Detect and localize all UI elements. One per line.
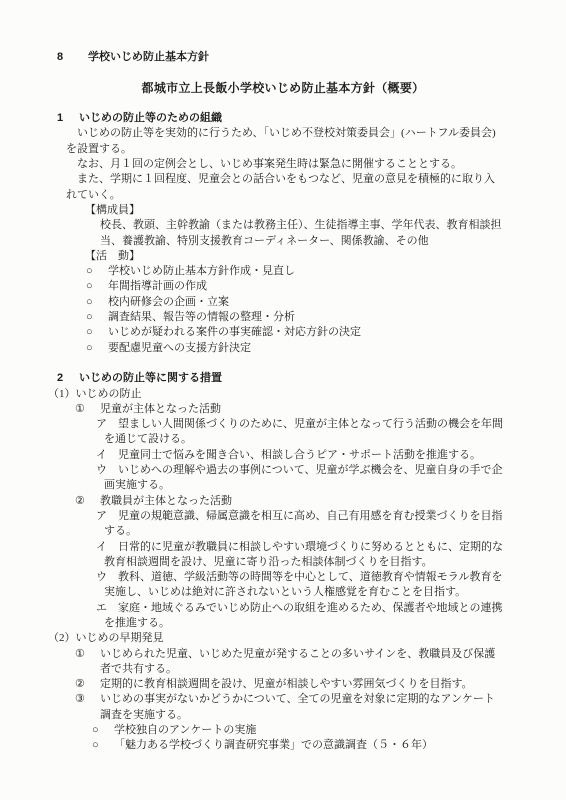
circled-3-marker: ③ (75, 692, 100, 707)
circled-2-marker: ② (75, 494, 100, 509)
measure-item-text: 望ましい人間関係づくりのために、児童が主体となって行う活動の機会を年間 を通じて… (104, 418, 503, 445)
group-2-title: ②教職員が主体となった活動 (75, 494, 526, 509)
document-page: 8学校いじめ防止基本方針 都城市立上長飯小学校いじめ防止基本方針（概要） 1いじ… (0, 0, 566, 800)
measure-item: ウ教科、道徳、学級活動等の時間等を中心として、道徳教育や情報モラル教育を 実施し… (96, 570, 528, 601)
blank-line (0, 356, 566, 371)
measure-item: イ日常的に児童が教職員に相談しやすい環境づくりに努めるとともに、定期的な 教育相… (96, 540, 528, 571)
circle-bullet-icon: ○ (92, 723, 114, 738)
circled-1-marker: ① (75, 647, 100, 662)
measure-item: エ家庭・地域ぐるみでいじめ防止への取組を進めるため、保護者や地域との連携 を推進… (96, 601, 528, 632)
activity-item: ○学校いじめ防止基本方針作成・見直し (86, 264, 566, 279)
kana-e-marker: エ (96, 601, 118, 616)
group-2-title-text: 教職員が主体となった活動 (100, 495, 232, 507)
blank-line (0, 65, 566, 80)
subsection-1-label: （1）いじめの防止 (48, 387, 566, 402)
measure-item: ア望ましい人間関係づくりのために、児童が主体となって行う活動の機会を年間 を通じ… (96, 417, 528, 448)
activity-item-text: 年間指導計画の作成 (108, 280, 207, 292)
circle-bullet-icon: ○ (86, 310, 108, 325)
section-8-heading: 8学校いじめ防止基本方針 (57, 50, 566, 65)
section-1-heading-text: いじめの防止等のための組織 (79, 112, 222, 124)
early-detection-item: ①いじめられた児童、いじめた児童が発することの多いサインを、教職員及び保護 者で… (75, 647, 526, 678)
kana-a-marker: ア (96, 509, 118, 524)
members-text: 校長、教頭、主幹教諭（または教務主任）、生徒指導主事、学年代表、教育相談担 当、… (100, 218, 526, 249)
activity-item: ○要配慮児童への支援方針決定 (86, 341, 566, 356)
circle-bullet-icon: ○ (86, 325, 108, 340)
early-detection-item-text: 定期的に教育相談週間を設け、児童が相談しやすい雰囲気づくりを目指す。 (100, 678, 473, 690)
activity-item-text: いじめが疑われる案件の事実確認・対応方針の決定 (108, 326, 361, 338)
activity-item-text: 校内研修会の企画・立案 (108, 296, 229, 308)
survey-item-text: 学校独自のアンケートの実施 (114, 724, 256, 736)
early-detection-item: ③いじめの事実がないかどうかについて、全ての児童を対象に定期的なアンケート 調査… (75, 692, 526, 723)
measure-item-text: 家庭・地域ぐるみでいじめ防止への取組を進めるため、保護者や地域との連携 を推進す… (104, 602, 503, 629)
measure-item: ア児童の規範意識、帰属意識を相互に高め、自己有用感を育む授業づくりを目指 する。 (96, 509, 528, 540)
measure-item-text: 児童の規範意識、帰属意識を相互に高め、自己有用感を育む授業づくりを目指 する。 (104, 510, 503, 537)
measure-item: ウいじめへの理解や過去の事例について、児童が学ぶ機会を、児童自身の手で企 画実施… (96, 463, 528, 494)
circle-bullet-icon: ○ (92, 738, 114, 753)
circle-bullet-icon: ○ (86, 341, 108, 356)
group-1-title: ①児童が主体となった活動 (75, 402, 526, 417)
early-detection-item-text: いじめられた児童、いじめた児童が発することの多いサインを、教職員及び保護 者で共… (100, 648, 495, 675)
measure-item: イ児童同士で悩みを聞き合い、相談し合うピア・サポート活動を推進する。 (96, 448, 528, 463)
activity-item: ○年間指導計画の作成 (86, 279, 566, 294)
activity-item-text: 調査結果、報告等の情報の整理・分析 (108, 311, 295, 323)
section-2-number: 2 (57, 371, 79, 386)
kana-a-marker: ア (96, 417, 118, 432)
document-title: 都城市立上長飯小学校いじめ防止基本方針（概要） (0, 81, 566, 96)
circled-2-marker: ② (75, 677, 100, 692)
activity-item: ○いじめが疑われる案件の事実確認・対応方針の決定 (86, 325, 566, 340)
survey-item-text: 「魅力ある学校づくり調査研究事業」での意識調査（５・６年） (114, 739, 433, 751)
subsection-2-label: （2）いじめの早期発見 (48, 631, 566, 646)
kana-i-marker: イ (96, 540, 118, 555)
measure-item-text: 教科、道徳、学級活動等の時間等を中心として、道徳教育や情報モラル教育を 実施し、… (104, 571, 502, 598)
section-1-heading: 1いじめの防止等のための組織 (57, 111, 566, 126)
activity-item-text: 要配慮児童への支援方針決定 (108, 342, 251, 354)
measure-item-text: 児童同士で悩みを聞き合い、相談し合うピア・サポート活動を推進する。 (118, 449, 481, 461)
kana-i-marker: イ (96, 448, 118, 463)
activity-item-text: 学校いじめ防止基本方針作成・見直し (108, 265, 295, 277)
blank-line (0, 96, 566, 111)
kana-u-marker: ウ (96, 463, 118, 478)
section-2-heading-text: いじめの防止等に関する措置 (79, 372, 222, 384)
section-2-heading: 2いじめの防止等に関する措置 (57, 371, 566, 386)
circled-1-marker: ① (75, 402, 100, 417)
section1-paragraph: また、学期に１回程度、児童会との話合いをもつなど、児童の意見を積極的に取り入 れ… (66, 172, 526, 203)
activities-label: 【活 動】 (85, 249, 566, 264)
section1-paragraph: いじめの防止等を実効的に行うため、「いじめ不登校対策委員会」(ハートフル委員会)… (66, 126, 526, 157)
circle-bullet-icon: ○ (86, 264, 108, 279)
members-label: 【構成員】 (85, 203, 566, 218)
activity-item: ○調査結果、報告等の情報の整理・分析 (86, 310, 566, 325)
early-detection-item: ②定期的に教育相談週間を設け、児童が相談しやすい雰囲気づくりを目指す。 (75, 677, 526, 692)
group-1-title-text: 児童が主体となった活動 (100, 403, 221, 415)
section-8-number: 8 (57, 50, 88, 65)
section-8-heading-text: 学校いじめ防止基本方針 (88, 51, 209, 63)
activity-item: ○校内研修会の企画・立案 (86, 295, 566, 310)
section1-paragraph: なお、月１回の定例会とし、いじめ事案発生時は緊急に開催することとする。 (66, 157, 526, 172)
measure-item-text: いじめへの理解や過去の事例について、児童が学ぶ機会を、児童自身の手で企 画実施す… (104, 464, 503, 491)
measure-item-text: 日常的に児童が教職員に相談しやすい環境づくりに努めるとともに、定期的な 教育相談… (104, 541, 503, 568)
circle-bullet-icon: ○ (86, 279, 108, 294)
section-1-number: 1 (57, 111, 79, 126)
circle-bullet-icon: ○ (86, 295, 108, 310)
kana-u-marker: ウ (96, 570, 118, 585)
early-detection-item-text: いじめの事実がないかどうかについて、全ての児童を対象に定期的なアンケート 調査を… (100, 693, 495, 720)
survey-item: ○学校独自のアンケートの実施 (92, 723, 566, 738)
survey-item: ○「魅力ある学校づくり調査研究事業」での意識調査（５・６年） (92, 738, 566, 753)
